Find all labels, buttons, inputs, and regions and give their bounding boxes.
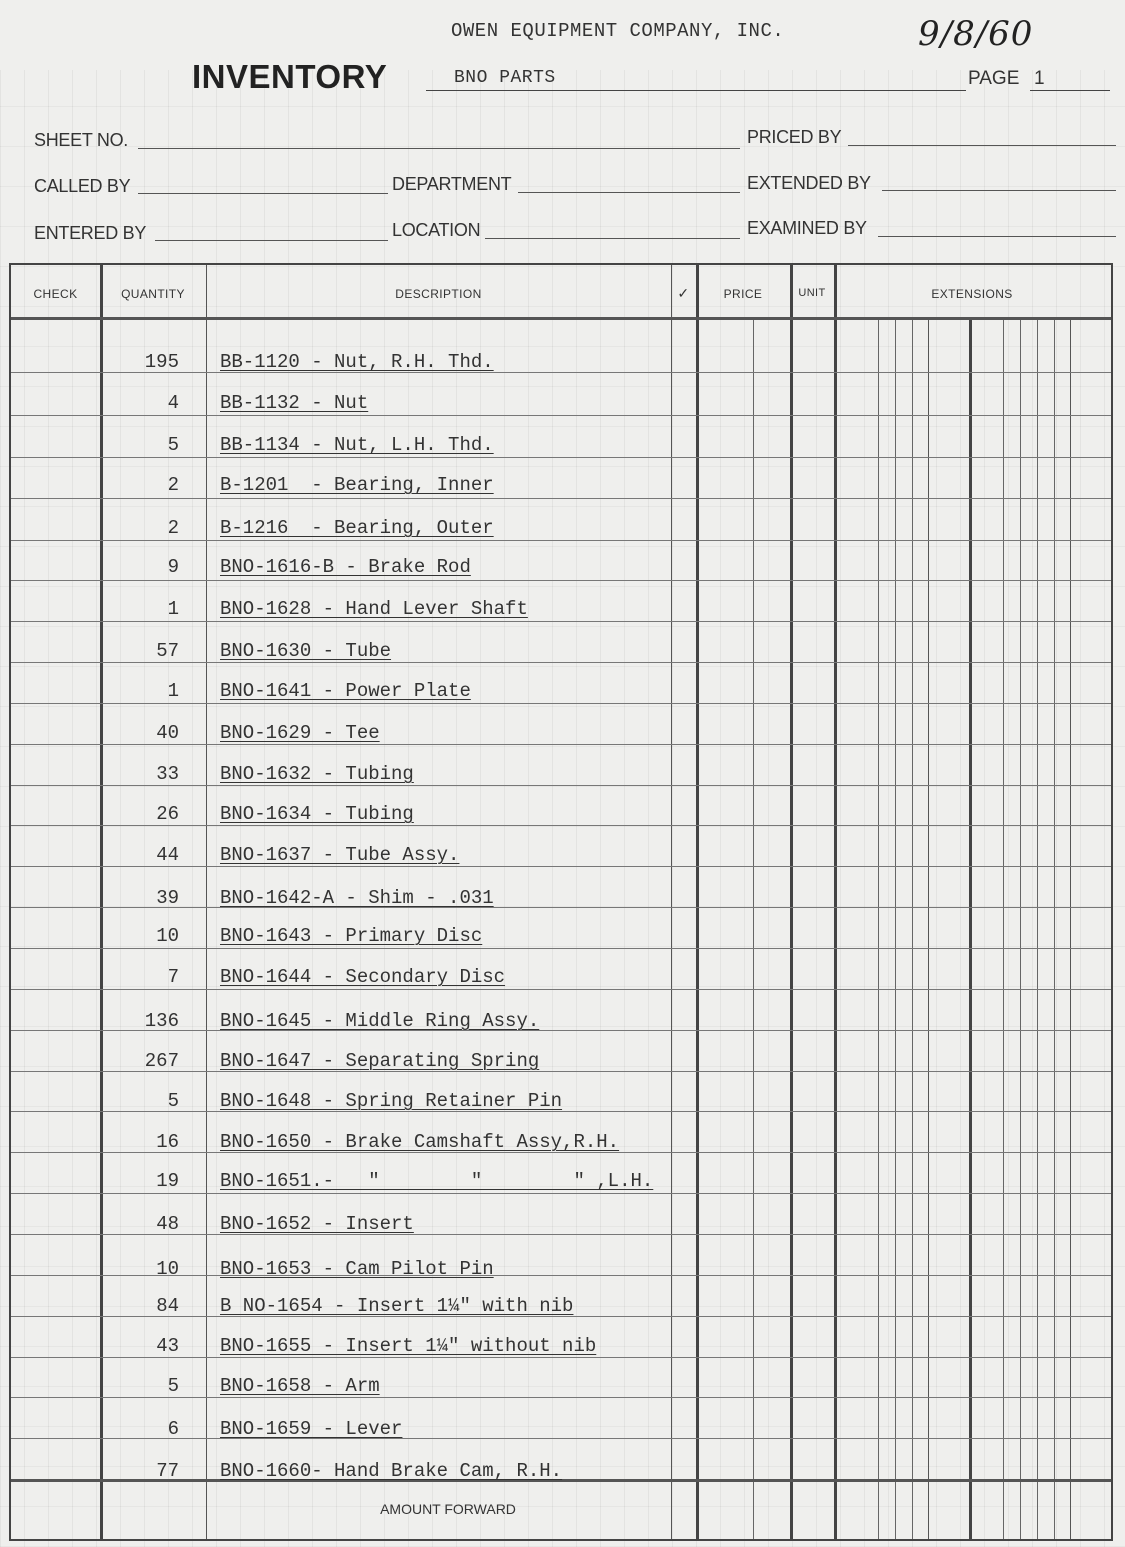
row-line (11, 662, 1111, 663)
handwritten-date: 9/8/60 (918, 14, 1033, 54)
row-line (11, 825, 1111, 826)
called-by-field[interactable] (138, 193, 388, 194)
row-13-description: BNO-1637 - Tube Assy. (220, 844, 459, 866)
entered-by-field[interactable] (155, 240, 388, 241)
row-24-description: B NO-1654 - Insert 1¼" with nib (220, 1295, 573, 1317)
header-price: PRICE (696, 287, 790, 301)
examined-by-field[interactable] (878, 236, 1116, 237)
ext-divider-9 (1054, 317, 1055, 1539)
row-1-quantity: 195 (109, 351, 179, 373)
row-1-description: BB-1120 - Nut, R.H. Thd. (220, 351, 494, 373)
page-number: 1 (1034, 68, 1045, 90)
sheet-no-label: SHEET NO. (34, 130, 128, 151)
row-16-quantity: 7 (109, 966, 179, 988)
extended-by-field[interactable] (882, 190, 1116, 191)
row-line (11, 457, 1111, 458)
row-7-quantity: 1 (109, 598, 179, 620)
row-11-description: BNO-1632 - Tubing (220, 763, 414, 785)
row-22-quantity: 48 (109, 1213, 179, 1235)
row-line (11, 785, 1111, 786)
row-line (11, 1193, 1111, 1194)
ext-divider-10 (1070, 317, 1071, 1539)
company-name: OWEN EQUIPMENT COMPANY, INC. (451, 20, 784, 42)
row-18-description: BNO-1647 - Separating Spring (220, 1050, 539, 1072)
row-line (11, 1357, 1111, 1358)
inventory-sheet: OWEN EQUIPMENT COMPANY, INC. 9/8/60 INVE… (0, 0, 1125, 1547)
row-8-description: BNO-1630 - Tube (220, 640, 391, 662)
department-label: DEPARTMENT (392, 174, 511, 195)
examined-by-label: EXAMINED BY (747, 218, 867, 239)
row-20-description: BNO-1650 - Brake Camshaft Assy,R.H. (220, 1131, 619, 1153)
amount-forward-label: AMOUNT FORWARD (218, 1501, 678, 1517)
row-line (11, 415, 1111, 416)
ext-divider-4 (928, 317, 929, 1539)
extended-by-label: EXTENDED BY (747, 173, 871, 194)
department-field[interactable] (518, 192, 740, 193)
header-unit: UNIT (790, 287, 834, 299)
row-21-quantity: 19 (109, 1170, 179, 1192)
row-4-quantity: 2 (109, 474, 179, 496)
ext-divider-3 (912, 317, 913, 1539)
row-3-description: BB-1134 - Nut, L.H. Thd. (220, 434, 494, 456)
row-27-quantity: 6 (109, 1418, 179, 1440)
subject-field: BNO PARTS (426, 68, 966, 91)
row-line (11, 498, 1111, 499)
row-25-description: BNO-1655 - Insert 1¼" without nib (220, 1335, 596, 1357)
row-line (11, 744, 1111, 745)
header-check: CHECK (11, 287, 100, 301)
row-15-description: BNO-1643 - Primary Disc (220, 925, 482, 947)
row-16-description: BNO-1644 - Secondary Disc (220, 966, 505, 988)
row-line (11, 866, 1111, 867)
row-7-description: BNO-1628 - Hand Lever Shaft (220, 598, 528, 620)
header-tick: ✓ (671, 285, 696, 302)
row-6-quantity: 9 (109, 556, 179, 578)
row-line (11, 540, 1111, 541)
row-19-quantity: 5 (109, 1090, 179, 1112)
ext-divider-2 (895, 317, 896, 1539)
row-12-quantity: 26 (109, 803, 179, 825)
ext-divider-1 (878, 317, 879, 1539)
row-5-quantity: 2 (109, 517, 179, 539)
price-cents-divider (753, 317, 754, 1539)
row-10-description: BNO-1629 - Tee (220, 722, 380, 744)
row-6-description: BNO-1616-B - Brake Rod (220, 556, 471, 578)
row-19-description: BNO-1648 - Spring Retainer Pin (220, 1090, 562, 1112)
row-5-description: B-1216 - Bearing, Outer (220, 517, 494, 539)
row-line (11, 948, 1111, 949)
row-3-quantity: 5 (109, 434, 179, 456)
row-14-quantity: 39 (109, 887, 179, 909)
row-24-quantity: 84 (109, 1295, 179, 1317)
row-line (11, 621, 1111, 622)
row-28-description: BNO-1660- Hand Brake Cam, R.H. (220, 1460, 562, 1482)
row-14-description: BNO-1642-A - Shim - .031 (220, 887, 494, 909)
ext-divider-5 (969, 317, 972, 1539)
row-10-quantity: 40 (109, 722, 179, 744)
row-25-quantity: 43 (109, 1335, 179, 1357)
row-28-quantity: 77 (109, 1460, 179, 1482)
called-by-label: CALLED BY (34, 176, 130, 197)
row-line (11, 703, 1111, 704)
row-17-quantity: 136 (109, 1010, 179, 1032)
row-line (11, 580, 1111, 581)
row-2-description: BB-1132 - Nut (220, 392, 368, 414)
header-quantity: QUANTITY (100, 287, 206, 301)
row-18-quantity: 267 (109, 1050, 179, 1072)
row-2-quantity: 4 (109, 392, 179, 414)
row-20-quantity: 16 (109, 1131, 179, 1153)
row-line (11, 1397, 1111, 1398)
inventory-table: CHECK QUANTITY DESCRIPTION ✓ PRICE UNIT … (9, 263, 1113, 1541)
row-12-description: BNO-1634 - Tubing (220, 803, 414, 825)
row-line (11, 989, 1111, 990)
row-4-description: B-1201 - Bearing, Inner (220, 474, 494, 496)
row-22-description: BNO-1652 - Insert (220, 1213, 414, 1235)
page-label: PAGE (968, 68, 1019, 90)
entered-by-label: ENTERED BY (34, 223, 146, 244)
row-13-quantity: 44 (109, 844, 179, 866)
row-11-quantity: 33 (109, 763, 179, 785)
row-26-quantity: 5 (109, 1375, 179, 1397)
header-rule (11, 317, 1111, 320)
priced-by-label: PRICED BY (747, 127, 841, 148)
row-15-quantity: 10 (109, 925, 179, 947)
ext-divider-6 (1003, 317, 1004, 1539)
header-description: DESCRIPTION (206, 287, 671, 301)
page-field-line (1030, 90, 1110, 91)
row-26-description: BNO-1658 - Arm (220, 1375, 380, 1397)
row-9-quantity: 1 (109, 680, 179, 702)
row-23-description: BNO-1653 - Cam Pilot Pin (220, 1258, 494, 1280)
ext-divider-8 (1037, 317, 1038, 1539)
priced-by-field[interactable] (848, 145, 1116, 146)
row-9-description: BNO-1641 - Power Plate (220, 680, 471, 702)
row-23-quantity: 10 (109, 1258, 179, 1280)
row-8-quantity: 57 (109, 640, 179, 662)
row-17-description: BNO-1645 - Middle Ring Assy. (220, 1010, 539, 1032)
ext-divider-7 (1020, 317, 1021, 1539)
location-field[interactable] (485, 238, 740, 239)
subject-value: BNO PARTS (454, 68, 556, 88)
sheet-no-field[interactable] (138, 148, 740, 149)
row-21-description: BNO-1651.- " " " ,L.H. (220, 1170, 653, 1192)
location-label: LOCATION (392, 220, 480, 241)
header-extensions: EXTENSIONS (834, 287, 1110, 301)
row-27-description: BNO-1659 - Lever (220, 1418, 402, 1440)
page-title: INVENTORY (192, 58, 387, 96)
